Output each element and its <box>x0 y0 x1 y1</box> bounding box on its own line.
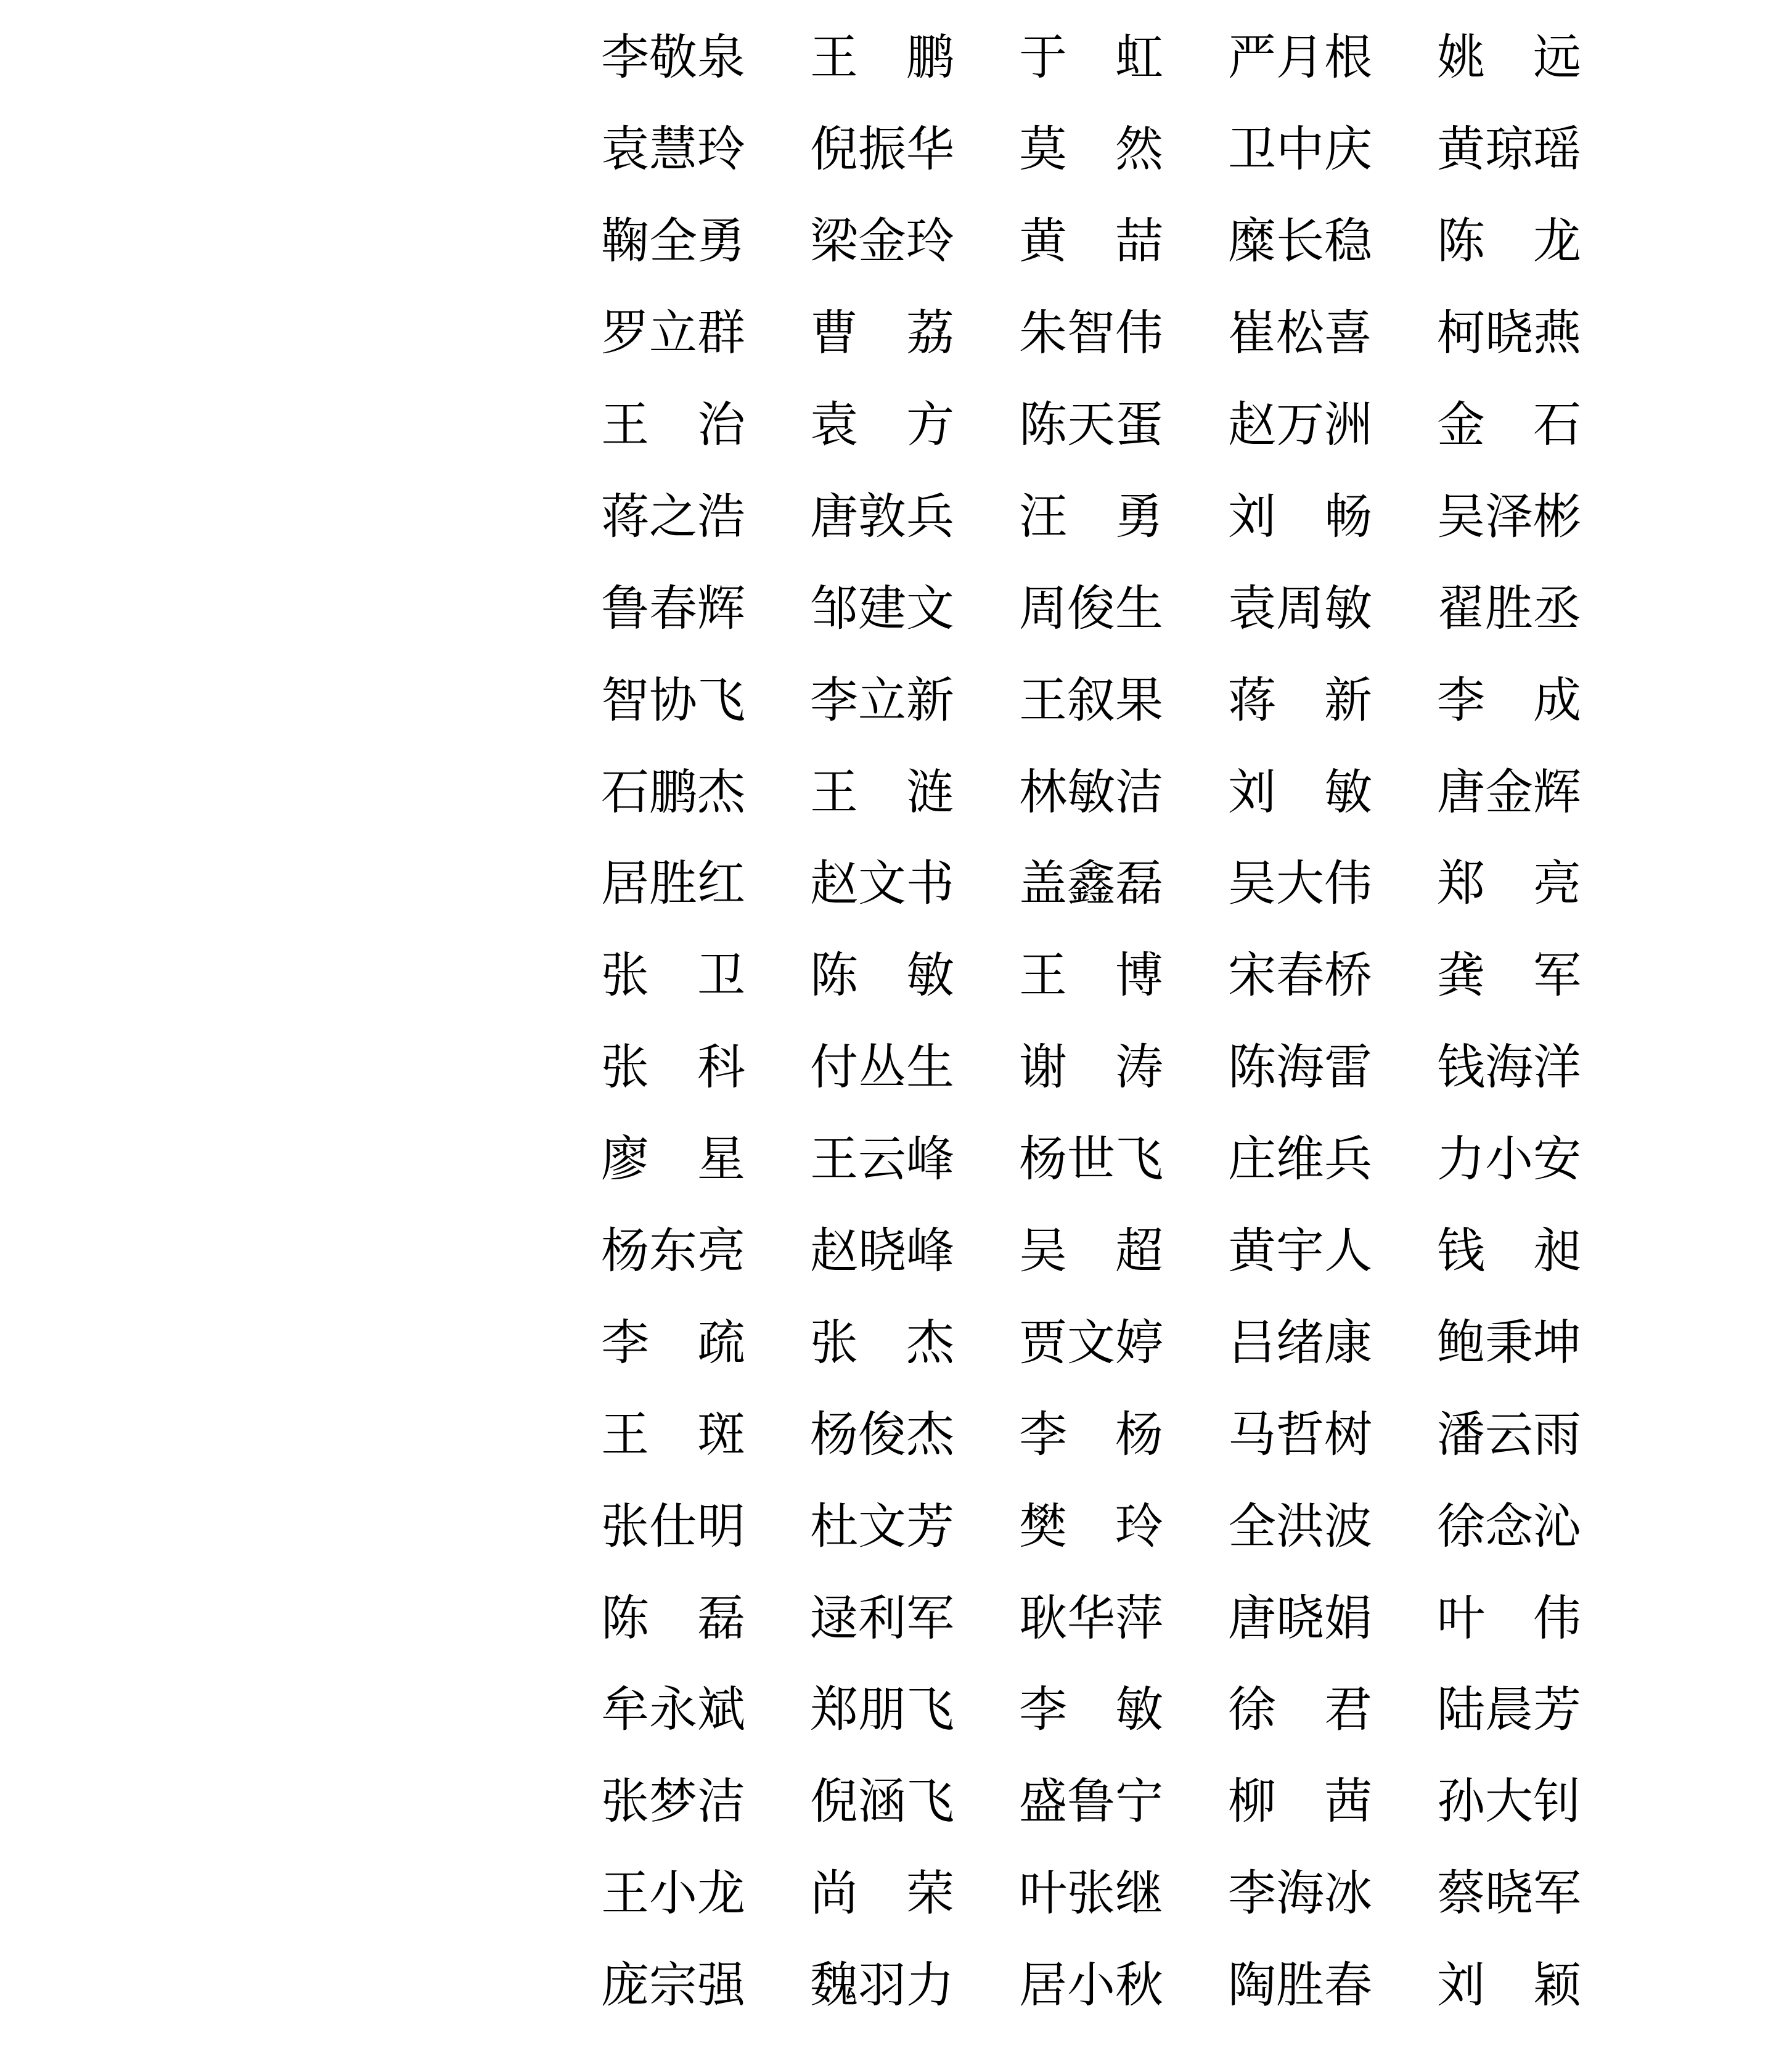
person-name: 李敏 <box>1019 1686 1163 1734</box>
person-name: 耿华萍 <box>1019 1595 1163 1643</box>
person-name: 唐晓娟 <box>1228 1595 1372 1643</box>
person-name: 樊玲 <box>1019 1503 1163 1551</box>
person-name: 陈海雷 <box>1228 1044 1372 1092</box>
person-name: 李海冰 <box>1228 1870 1372 1918</box>
person-name: 崔松喜 <box>1228 309 1372 358</box>
person-name: 袁方 <box>810 401 954 449</box>
person-name: 徐念沁 <box>1437 1503 1581 1551</box>
person-name: 袁慧玲 <box>601 126 745 174</box>
person-name: 卫中庆 <box>1228 126 1372 174</box>
person-name: 居胜红 <box>601 860 745 908</box>
name-list: 李敬泉王鹏于虹严月根姚远袁慧玲倪振华莫然卫中庆黄琼瑶鞠全勇梁金玲黄喆糜长稳陈龙罗… <box>601 12 1581 2032</box>
person-name: 尚荣 <box>810 1870 954 1918</box>
person-name: 刘畅 <box>1228 493 1372 541</box>
person-name: 陶胜春 <box>1228 1962 1372 2010</box>
person-name: 龚军 <box>1437 952 1581 1000</box>
person-name: 于虹 <box>1019 34 1163 82</box>
person-name: 李疏 <box>601 1319 745 1367</box>
name-row: 李敬泉王鹏于虹严月根姚远 <box>601 12 1581 104</box>
person-name: 莫然 <box>1019 126 1163 174</box>
name-row: 王斑杨俊杰李杨马哲树潘云雨 <box>601 1389 1581 1481</box>
person-name: 王斑 <box>601 1411 745 1459</box>
person-name: 赵万洲 <box>1228 401 1372 449</box>
person-name: 钱昶 <box>1437 1227 1581 1276</box>
person-name: 魏羽力 <box>810 1962 954 2010</box>
person-name: 吴大伟 <box>1228 860 1372 908</box>
person-name: 李立新 <box>810 677 954 725</box>
person-name: 鲁春辉 <box>601 585 745 633</box>
person-name: 贾文婷 <box>1019 1319 1163 1367</box>
person-name: 汪勇 <box>1019 493 1163 541</box>
person-name: 廖星 <box>601 1136 745 1184</box>
person-name: 王云峰 <box>810 1136 954 1184</box>
name-row: 廖星王云峰杨世飞庄维兵力小安 <box>601 1114 1581 1206</box>
person-name: 陈磊 <box>601 1595 745 1643</box>
person-name: 盖鑫磊 <box>1019 860 1163 908</box>
person-name: 邹建文 <box>810 585 954 633</box>
person-name: 王博 <box>1019 952 1163 1000</box>
person-name: 宋春桥 <box>1228 952 1372 1000</box>
name-row: 庞宗强魏羽力居小秋陶胜春刘颖 <box>601 1940 1581 2032</box>
person-name: 谢涛 <box>1019 1044 1163 1092</box>
person-name: 糜长稳 <box>1228 218 1372 266</box>
name-row: 智协飞李立新王叙果蒋新李成 <box>601 655 1581 747</box>
name-row: 王治袁方陈天蛋赵万洲金石 <box>601 380 1581 472</box>
name-row: 张卫陈敏王博宋春桥龚军 <box>601 930 1581 1022</box>
person-name: 翟胜丞 <box>1437 585 1581 633</box>
person-name: 蔡晓军 <box>1437 1870 1581 1918</box>
person-name: 庄维兵 <box>1228 1136 1372 1184</box>
person-name: 李杨 <box>1019 1411 1163 1459</box>
person-name: 刘敏 <box>1228 769 1372 817</box>
person-name: 张科 <box>601 1044 745 1092</box>
name-row: 牟永斌郑朋飞李敏徐君陆晨芳 <box>601 1665 1581 1756</box>
person-name: 王治 <box>601 401 745 449</box>
person-name: 钱海洋 <box>1437 1044 1581 1092</box>
name-row: 李疏张杰贾文婷吕绪康鲍秉坤 <box>601 1297 1581 1389</box>
person-name: 唐敦兵 <box>810 493 954 541</box>
person-name: 盛鲁宁 <box>1019 1778 1163 1826</box>
name-row: 袁慧玲倪振华莫然卫中庆黄琼瑶 <box>601 104 1581 196</box>
person-name: 叶张继 <box>1019 1870 1163 1918</box>
name-row: 鞠全勇梁金玲黄喆糜长稳陈龙 <box>601 196 1581 288</box>
person-name: 吴泽彬 <box>1437 493 1581 541</box>
person-name: 杨世飞 <box>1019 1136 1163 1184</box>
person-name: 石鹏杰 <box>601 769 745 817</box>
person-name: 叶伟 <box>1437 1595 1581 1643</box>
person-name: 力小安 <box>1437 1136 1581 1184</box>
document-page: 李敬泉王鹏于虹严月根姚远袁慧玲倪振华莫然卫中庆黄琼瑶鞠全勇梁金玲黄喆糜长稳陈龙罗… <box>0 0 1784 2072</box>
name-row: 居胜红赵文书盖鑫磊吴大伟郑亮 <box>601 838 1581 930</box>
name-row: 杨东亮赵晓峰吴超黄宇人钱昶 <box>601 1206 1581 1298</box>
name-row: 罗立群曹荔朱智伟崔松喜柯晓燕 <box>601 288 1581 380</box>
person-name: 全洪波 <box>1228 1503 1372 1551</box>
person-name: 唐金辉 <box>1437 769 1581 817</box>
person-name: 梁金玲 <box>810 218 954 266</box>
person-name: 黄琼瑶 <box>1437 126 1581 174</box>
person-name: 刘颖 <box>1437 1962 1581 2010</box>
person-name: 朱智伟 <box>1019 309 1163 358</box>
name-row: 陈磊逯利军耿华萍唐晓娟叶伟 <box>601 1573 1581 1665</box>
person-name: 罗立群 <box>601 309 745 358</box>
person-name: 王小龙 <box>601 1870 745 1918</box>
person-name: 鞠全勇 <box>601 218 745 266</box>
person-name: 倪涵飞 <box>810 1778 954 1826</box>
person-name: 周俊生 <box>1019 585 1163 633</box>
person-name: 吕绪康 <box>1228 1319 1372 1367</box>
person-name: 蒋之浩 <box>601 493 745 541</box>
person-name: 张梦洁 <box>601 1778 745 1826</box>
person-name: 黄喆 <box>1019 218 1163 266</box>
person-name: 王涟 <box>810 769 954 817</box>
person-name: 陈龙 <box>1437 218 1581 266</box>
person-name: 杜文芳 <box>810 1503 954 1551</box>
person-name: 郑朋飞 <box>810 1686 954 1734</box>
person-name: 张杰 <box>810 1319 954 1367</box>
person-name: 张仕明 <box>601 1503 745 1551</box>
person-name: 杨俊杰 <box>810 1411 954 1459</box>
person-name: 陆晨芳 <box>1437 1686 1581 1734</box>
person-name: 金石 <box>1437 401 1581 449</box>
name-row: 张梦洁倪涵飞盛鲁宁柳茜孙大钊 <box>601 1756 1581 1848</box>
person-name: 庞宗强 <box>601 1962 745 2010</box>
person-name: 林敏洁 <box>1019 769 1163 817</box>
person-name: 杨东亮 <box>601 1227 745 1276</box>
person-name: 黄宇人 <box>1228 1227 1372 1276</box>
person-name: 陈敏 <box>810 952 954 1000</box>
name-row: 王小龙尚荣叶张继李海冰蔡晓军 <box>601 1848 1581 1940</box>
person-name: 牟永斌 <box>601 1686 745 1734</box>
person-name: 潘云雨 <box>1437 1411 1581 1459</box>
person-name: 倪振华 <box>810 126 954 174</box>
person-name: 柳茜 <box>1228 1778 1372 1826</box>
person-name: 鲍秉坤 <box>1437 1319 1581 1367</box>
person-name: 孙大钊 <box>1437 1778 1581 1826</box>
person-name: 居小秋 <box>1019 1962 1163 2010</box>
person-name: 郑亮 <box>1437 860 1581 908</box>
person-name: 逯利军 <box>810 1595 954 1643</box>
person-name: 李敬泉 <box>601 34 745 82</box>
person-name: 智协飞 <box>601 677 745 725</box>
person-name: 马哲树 <box>1228 1411 1372 1459</box>
person-name: 严月根 <box>1228 34 1372 82</box>
person-name: 张卫 <box>601 952 745 1000</box>
person-name: 袁周敏 <box>1228 585 1372 633</box>
person-name: 付丛生 <box>810 1044 954 1092</box>
name-row: 石鹏杰王涟林敏洁刘敏唐金辉 <box>601 747 1581 838</box>
person-name: 赵晓峰 <box>810 1227 954 1276</box>
person-name: 吴超 <box>1019 1227 1163 1276</box>
person-name: 姚远 <box>1437 34 1581 82</box>
person-name: 陈天蛋 <box>1019 401 1163 449</box>
person-name: 赵文书 <box>810 860 954 908</box>
name-row: 鲁春辉邹建文周俊生袁周敏翟胜丞 <box>601 563 1581 655</box>
person-name: 蒋新 <box>1228 677 1372 725</box>
person-name: 王叙果 <box>1019 677 1163 725</box>
name-row: 蒋之浩唐敦兵汪勇刘畅吴泽彬 <box>601 471 1581 563</box>
person-name: 王鹏 <box>810 34 954 82</box>
person-name: 柯晓燕 <box>1437 309 1581 358</box>
name-row: 张科付丛生谢涛陈海雷钱海洋 <box>601 1022 1581 1114</box>
person-name: 李成 <box>1437 677 1581 725</box>
person-name: 徐君 <box>1228 1686 1372 1734</box>
name-row: 张仕明杜文芳樊玲全洪波徐念沁 <box>601 1481 1581 1573</box>
person-name: 曹荔 <box>810 309 954 358</box>
